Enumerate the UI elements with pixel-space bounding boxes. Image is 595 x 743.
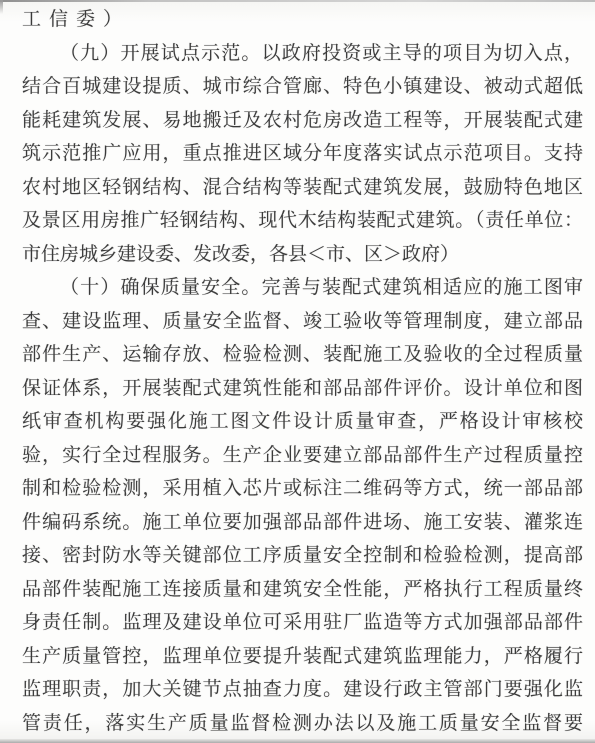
- text-line: 身责任制。监理及建设单位可采用驻厂监造等方式加强部品部件: [22, 606, 583, 640]
- text-line: 筑示范推广应用，重点推进区域分年度落实试点示范项目。支持: [22, 137, 583, 171]
- document-body: 工信委）（九）开展试点示范。以政府投资或主导的项目为切入点，结合百城建设提质、城…: [22, 3, 583, 740]
- text-line: 工信委）: [22, 3, 583, 37]
- text-line: 结合百城建设提质、城市综合管廊、特色小镇建设、被动式超低: [22, 70, 583, 104]
- text-line: 管责任，落实生产质量监督检测办法以及施工质量安全监督要: [22, 707, 583, 741]
- text-line: （九）开展试点示范。以政府投资或主导的项目为切入点，: [22, 37, 583, 71]
- text-line: 保证体系，开展装配式建筑性能和部品部件评价。设计单位和图: [22, 372, 583, 406]
- scan-edge-left-corner: [0, 0, 3, 14]
- document-page: 工信委）（九）开展试点示范。以政府投资或主导的项目为切入点，结合百城建设提质、城…: [0, 0, 595, 743]
- text-line: 纸审查机构要强化施工图文件设计质量审查，严格设计审核校: [22, 405, 583, 439]
- text-line: 监理职责，加大关键节点抽查力度。建设行政主管部门要强化监: [22, 673, 583, 707]
- text-line: 及景区用房推广轻钢结构、现代木结构装配式建筑。（责任单位：: [22, 204, 583, 238]
- text-line: 接、密封防水等关键部位工序质量安全控制和检验检测，提高部: [22, 539, 583, 573]
- text-line: 农村地区轻钢结构、混合结构等装配式建筑发展，鼓励特色地区: [22, 171, 583, 205]
- scan-edge-top: [0, 0, 595, 2]
- text-line: 生产质量管控，监理单位要提升装配式建筑监理能力，严格履行: [22, 640, 583, 674]
- text-line: （十）确保质量安全。完善与装配式建筑相适应的施工图审: [22, 271, 583, 305]
- text-line: 市住房城乡建设委、发改委，各县＜市、区＞政府）: [22, 238, 583, 272]
- text-line: 能耗建筑发展、易地搬迁及农村危房改造工程等，开展装配式建: [22, 104, 583, 138]
- text-line: 验，实行全过程服务。生产企业要建立部品部件生产过程质量控: [22, 439, 583, 473]
- text-line: 制和检验检测，采用植入芯片或标注二维码等方式，统一部品部: [22, 472, 583, 506]
- text-line: 件编码系统。施工单位要加强部品部件进场、施工安装、灌浆连: [22, 506, 583, 540]
- text-line: 查、建设监理、质量安全监督、竣工验收等管理制度，建立部品: [22, 305, 583, 339]
- text-line: 部件生产、运输存放、检验检测、装配施工及验收的全过程质量: [22, 338, 583, 372]
- text-line: 品部件装配施工连接质量和建筑安全性能，严格执行工程质量终: [22, 573, 583, 607]
- scan-edge-bottom: [0, 739, 595, 743]
